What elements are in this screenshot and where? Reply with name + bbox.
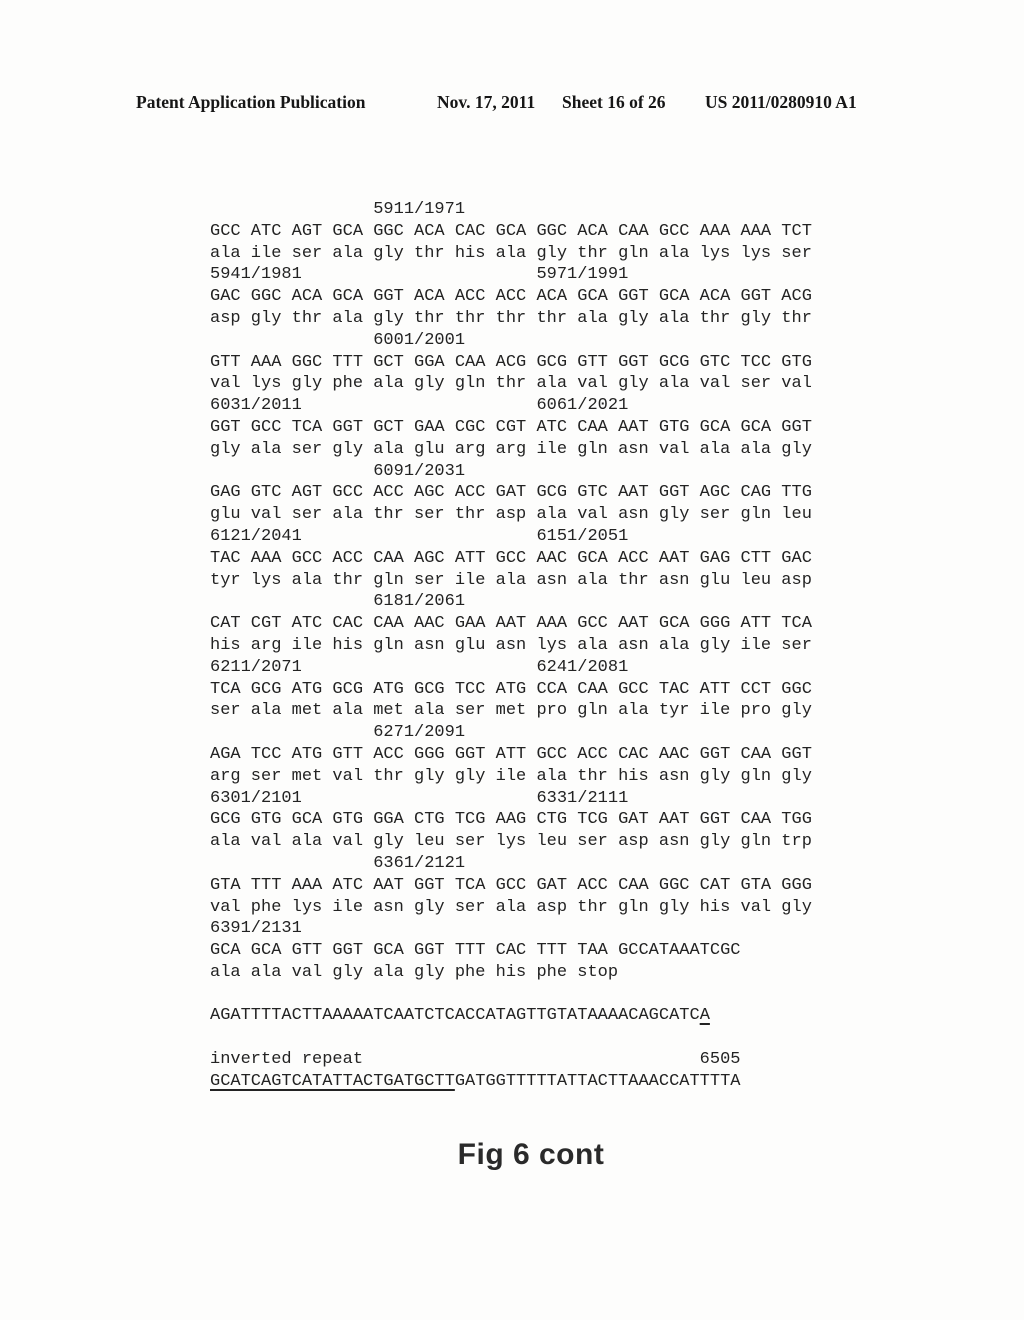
position-line: 6181/2061 [210, 591, 812, 613]
figure-caption: Fig 6 cont [0, 1138, 1024, 1172]
codon-line: TAC AAA GCC ACC CAA AGC ATT GCC AAC GCA … [210, 548, 812, 570]
position-line: 6361/2121 [210, 853, 812, 875]
amino-acid-line: ala ala val gly ala gly phe his phe stop [210, 962, 812, 984]
position-line: 6271/2091 [210, 722, 812, 744]
amino-acid-line: val phe lys ile asn gly ser ala asp thr … [210, 897, 812, 919]
underlined-repeat-text: GCATCAGTCATATTACTGATGCTT [210, 1072, 455, 1091]
position-line: 5911/1971 [210, 199, 812, 221]
amino-acid-line: ala ile ser ala gly thr his ala gly thr … [210, 243, 812, 265]
position-line: 6121/2041 6151/2051 [210, 526, 812, 548]
position-line: 6211/2071 6241/2081 [210, 657, 812, 679]
publication-date: Nov. 17, 2011 [437, 92, 535, 113]
blank-line [210, 1027, 812, 1049]
codon-line: GTT AAA GGC TTT GCT GGA CAA ACG GCG GTT … [210, 352, 812, 374]
downstream-dna-line: AGATTTTACTTAAAAATCAATCTCACCATAGTTGTATAAA… [210, 1005, 812, 1027]
codon-line: GCA GCA GTT GGT GCA GGT TTT CAC TTT TAA … [210, 940, 812, 962]
codon-line: AGA TCC ATG GTT ACC GGG GGT ATT GCC ACC … [210, 744, 812, 766]
codon-line: CAT CGT ATC CAC CAA AAC GAA AAT AAA GCC … [210, 613, 812, 635]
amino-acid-line: glu val ser ala thr ser thr asp ala val … [210, 504, 812, 526]
patent-page: Patent Application Publication Nov. 17, … [0, 0, 1024, 1320]
amino-acid-line: tyr lys ala thr gln ser ile ala asn ala … [210, 570, 812, 592]
amino-acid-line: val lys gly phe ala gly gln thr ala val … [210, 373, 812, 395]
dna-text: AGATTTTACTTAAAAATCAATCTCACCATAGTTGTATAAA… [210, 1006, 700, 1025]
amino-acid-line: gly ala ser gly ala glu arg arg ile gln … [210, 439, 812, 461]
codon-line: GGT GCC TCA GGT GCT GAA CGC CGT ATC CAA … [210, 417, 812, 439]
codon-line: GAC GGC ACA GCA GGT ACA ACC ACC ACA GCA … [210, 286, 812, 308]
codon-line: GCG GTG GCA GTG GGA CTG TCG AAG CTG TCG … [210, 809, 812, 831]
position-line: 6301/2101 6331/2111 [210, 788, 812, 810]
publication-type: Patent Application Publication [136, 92, 365, 113]
position-line: 6001/2001 [210, 330, 812, 352]
amino-acid-line: arg ser met val thr gly gly ile ala thr … [210, 766, 812, 788]
blank-line [210, 984, 812, 1006]
amino-acid-line: asp gly thr ala gly thr thr thr thr ala … [210, 308, 812, 330]
codon-line: GAG GTC AGT GCC ACC AGC ACC GAT GCG GTC … [210, 482, 812, 504]
inverted-repeat-line: inverted repeat 6505 [210, 1049, 812, 1071]
dna-text: GATGGTTTTTATTACTTAAACCATTTTA [455, 1072, 741, 1091]
sheet-number: Sheet 16 of 26 [562, 92, 666, 113]
amino-acid-line: ala val ala val gly leu ser lys leu ser … [210, 831, 812, 853]
position-line: 6091/2031 [210, 461, 812, 483]
position-line: 6031/2011 6061/2021 [210, 395, 812, 417]
position-line: 5941/1981 5971/1991 [210, 264, 812, 286]
underlined-dna-text: A [700, 1006, 710, 1025]
position-line: 6391/2131 [210, 918, 812, 940]
codon-line: TCA GCG ATG GCG ATG GCG TCC ATG CCA CAA … [210, 679, 812, 701]
amino-acid-line: ser ala met ala met ala ser met pro gln … [210, 700, 812, 722]
codon-line: GTA TTT AAA ATC AAT GGT TCA GCC GAT ACC … [210, 875, 812, 897]
amino-acid-line: his arg ile his gln asn glu asn lys ala … [210, 635, 812, 657]
sequence-listing: 5911/1971GCC ATC AGT GCA GGC ACA CAC GCA… [210, 199, 812, 1093]
codon-line: GCC ATC AGT GCA GGC ACA CAC GCA GGC ACA … [210, 221, 812, 243]
publication-number: US 2011/0280910 A1 [705, 92, 857, 113]
repeat-dna-line: GCATCAGTCATATTACTGATGCTTGATGGTTTTTATTACT… [210, 1071, 812, 1093]
